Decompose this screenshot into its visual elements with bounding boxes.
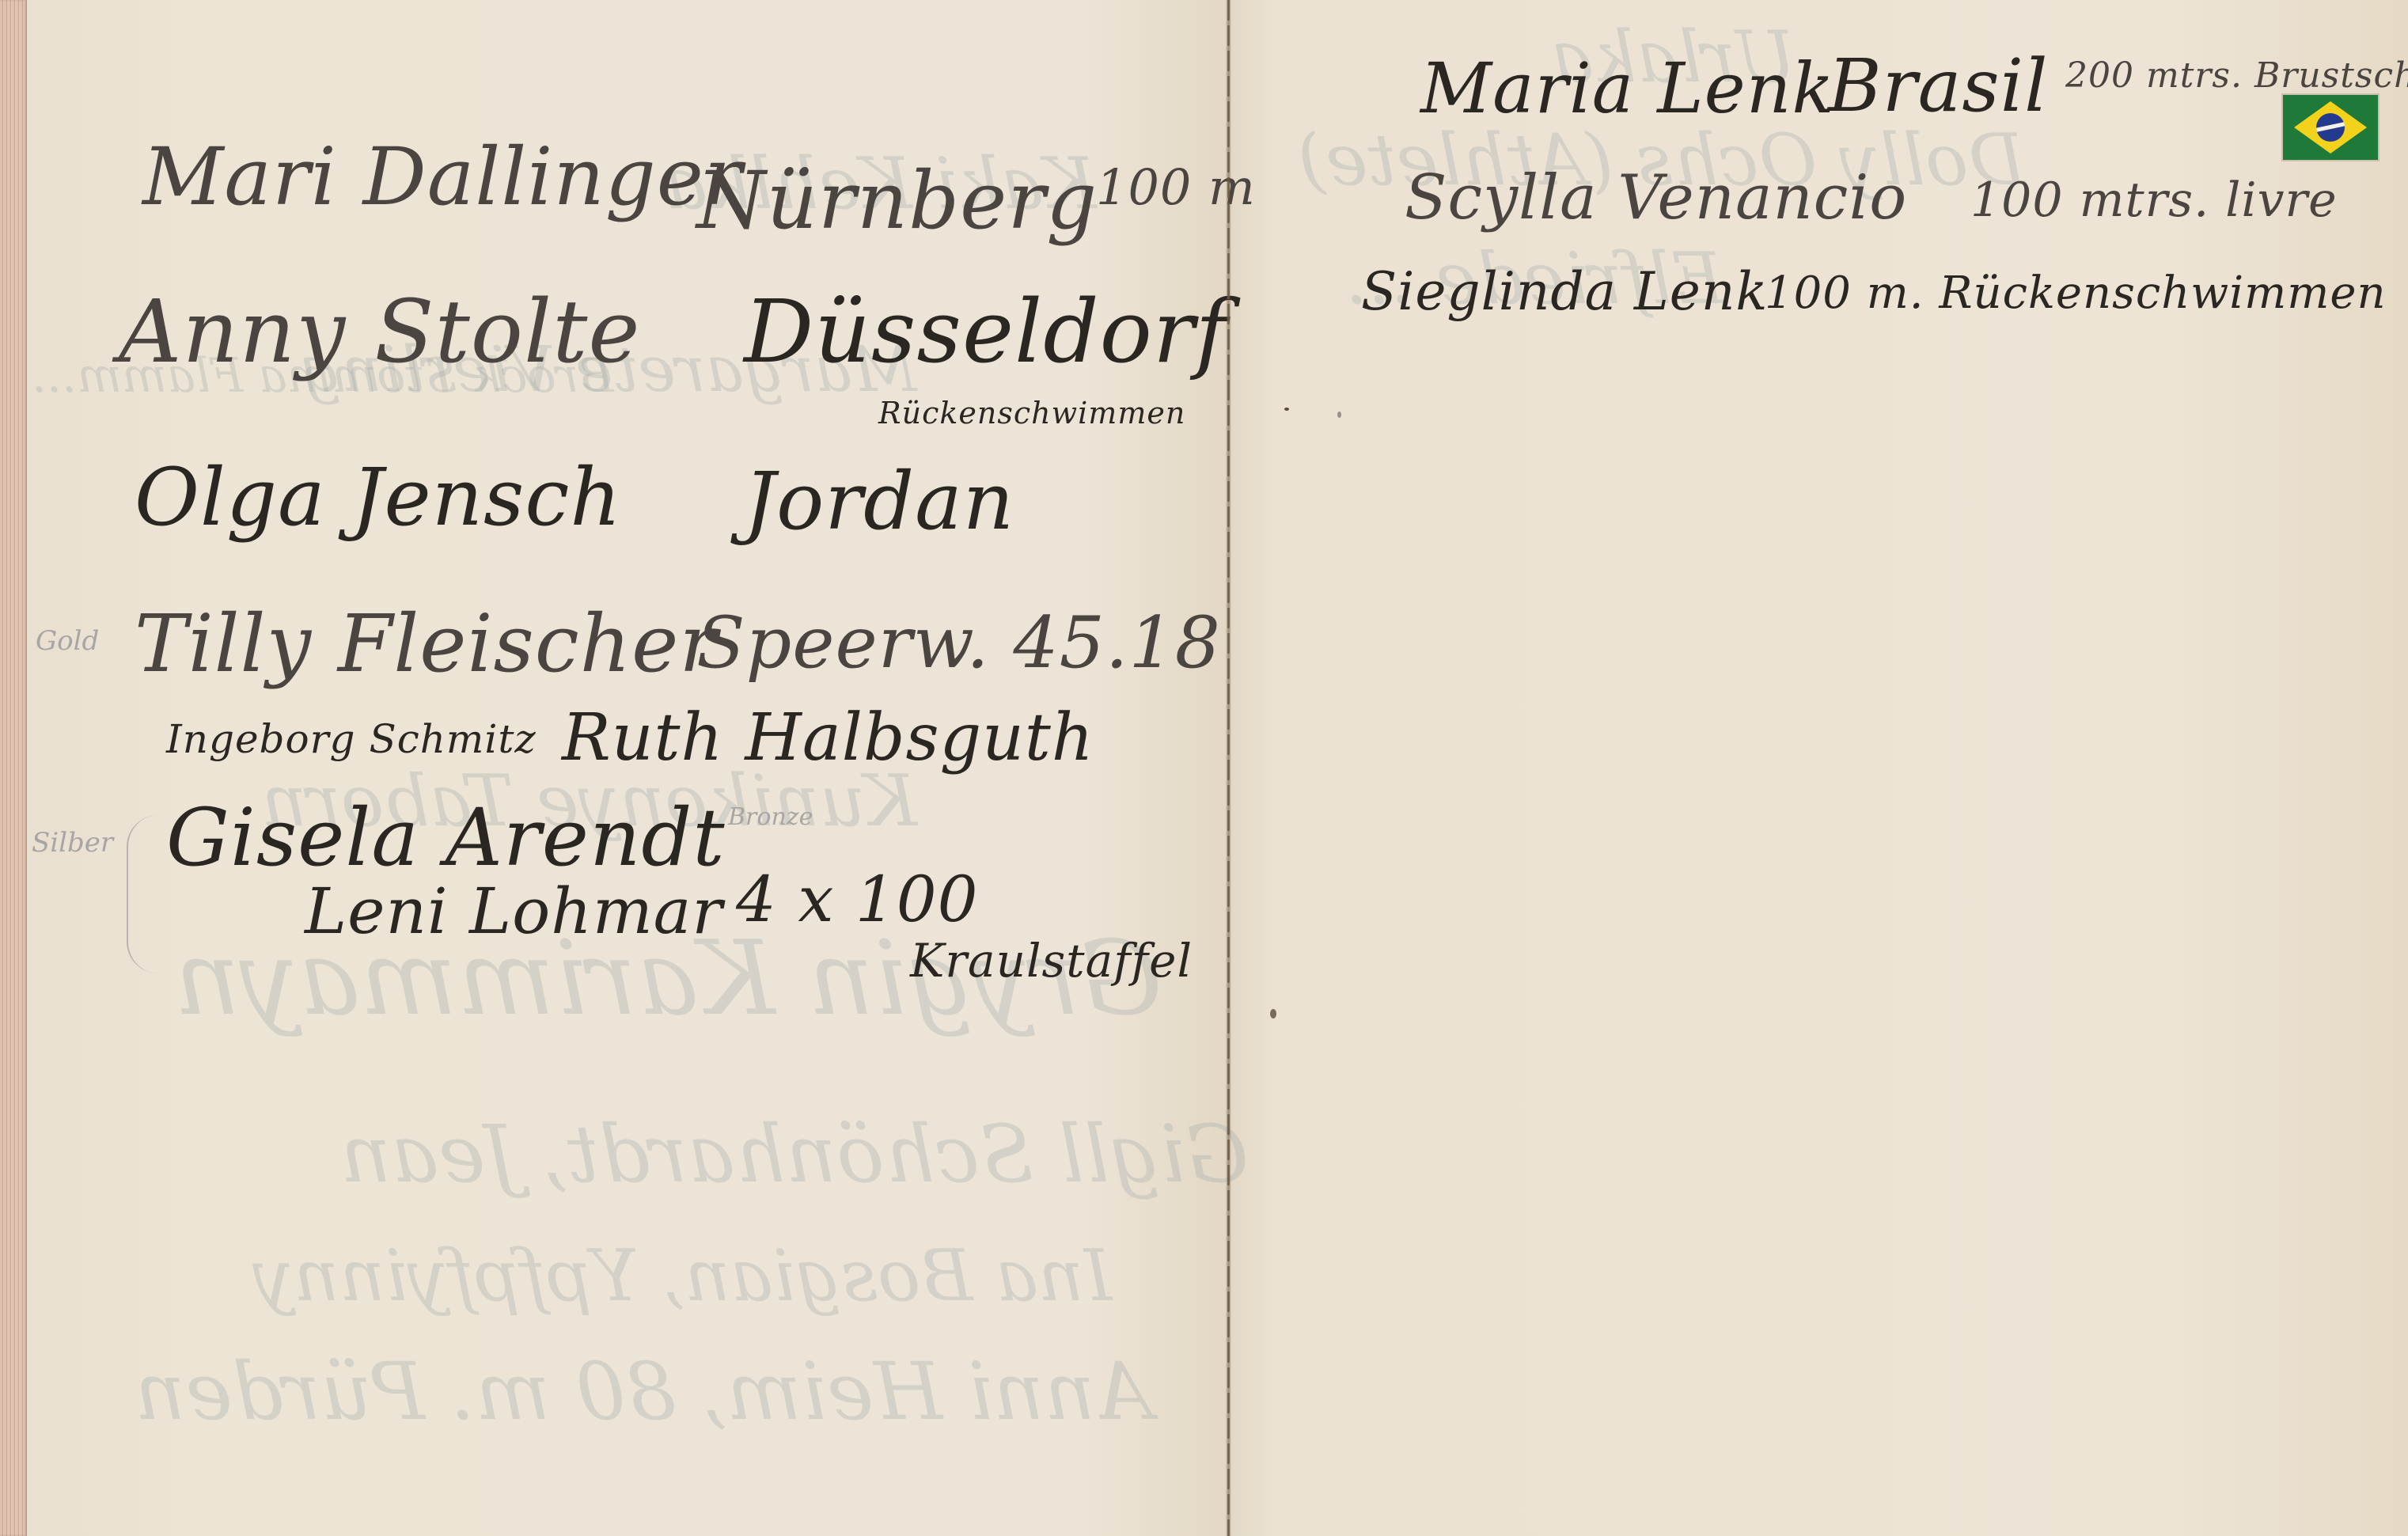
signature-name: Leni Lohmar [305,874,723,948]
page-edge-stack [0,0,27,1536]
paper-speck [1284,408,1289,411]
signature-name: Ruth Halbsguth [562,700,1094,776]
brazil-flag-sticker [2283,95,2378,160]
signature-event: 100 m. Rückenschwimmen [1765,267,2387,319]
signature-event: Speerw. 45.18 [696,601,1221,685]
signature-name: Sieglinda Lenk [1361,261,1768,322]
signature-name: Mari Dallinger [142,131,743,223]
signature-name: Gisela Arendt [166,791,726,884]
signature-event: 200 mtrs. Brustschwimmen [2065,55,2408,96]
signature-name: Olga Jensch [135,451,622,544]
signature-place: Jordan [744,455,1014,548]
signature-country: Brasil [1828,44,2049,128]
pencil-note-bronze: Bronze [728,803,813,831]
pencil-note-gold: Gold [36,625,99,657]
paper-speck [1270,1009,1276,1018]
autograph-book-spread: Kaki Kehlka Margarete Vierling Bröck Sto… [0,0,2408,1536]
pencil-bracket [127,815,160,973]
signature-event: 100 mtrs. livre [1970,173,2338,228]
signature-name: Ingeborg Schmitz [166,716,537,762]
signature-event: 4 x 100 [736,863,979,936]
pencil-note-silver: Silber [32,827,113,859]
binding-stitch [1227,0,1230,1536]
signature-place: Nürnberg [696,154,1098,247]
signature-event: Rückenschwimmen [878,396,1185,430]
signature-name: Tilly Fleischer [135,597,718,690]
signature-name: Anny Stolte [119,281,641,382]
signature-note: Kraulstaffel [910,934,1193,988]
signature-place: Düsseldorf [744,281,1228,382]
signature-name: Maria Lenk [1420,47,1835,129]
paper-speck [1337,411,1341,418]
signature-name: Scylla Venancio [1405,162,1907,233]
